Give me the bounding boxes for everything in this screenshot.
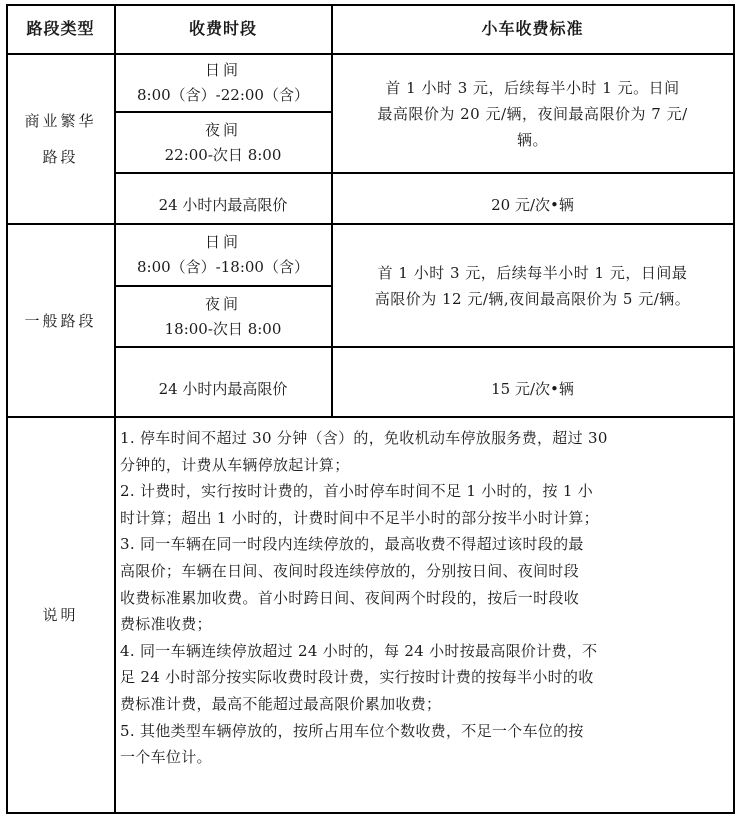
notes-line: 费标准计费，最高不能超过最高限价累加收费； [120, 691, 728, 718]
notes-line: 时计算；超出 1 小时的，计费时间中不足半小时的部分按半小时计算； [120, 505, 728, 532]
header-car-standard-label: 小车收费标准 [481, 16, 583, 42]
section2-standard-line2: 高限价为 12 元/辆,夜间最高限价为 5 元/辆。 [375, 286, 691, 312]
section2-standard: 首 1 小时 3 元，后续每半小时 1 元，日间最 高限价为 12 元/辆,夜间… [332, 225, 733, 346]
notes-line: 收费标准累加收费。首小时跨日间、夜间两个时段的，按后一时段收 [120, 585, 728, 612]
notes-line: 3. 同一车辆在同一时段内连续停放的，最高收费不得超过该时段的最 [120, 531, 728, 558]
section1-night-label: 夜间 [205, 118, 241, 143]
notes-line: 高限价；车辆在日间、夜间时段连续停放的，分别按日间、夜间时段 [120, 558, 728, 585]
section1-night-time: 22:00-次日 8:00 [165, 143, 282, 168]
section1-standard-line3: 辆。 [517, 127, 548, 153]
notes-line: 分钟的，计费从车辆停放起计算； [120, 452, 728, 479]
section2-night-time: 18:00-次日 8:00 [165, 317, 282, 342]
header-charge-period: 收费时段 [115, 5, 331, 53]
notes-line: 费标准收费； [120, 611, 728, 638]
section2-cap-label: 24 小时内最高限价 [115, 348, 331, 416]
notes-line: 一个车位计。 [120, 744, 728, 771]
table-border-right [733, 4, 735, 814]
notes-line: 4. 同一车辆连续停放超过 24 小时的，每 24 小时按最高限价计费，不 [120, 638, 728, 665]
section2-standard-line1: 首 1 小时 3 元，后续每半小时 1 元，日间最 [378, 260, 688, 286]
section1-standard-line1: 首 1 小时 3 元，后续每半小时 1 元。日间 [385, 75, 679, 101]
section1-standard-line2: 最高限价为 20 元/辆，夜间最高限价为 7 元/ [377, 101, 687, 127]
section2-day-period: 日间 8:00（含）-18:00（含） [115, 225, 331, 285]
section2-night-period: 夜间 18:00-次日 8:00 [115, 287, 331, 346]
section1-day-period: 日间 8:00（含）-22:00（含） [115, 55, 331, 111]
section1-cap-label: 24 小时内最高限价 [115, 174, 331, 223]
section2-cap-label-text: 24 小时内最高限价 [159, 376, 288, 402]
section1-cap-value: 20 元/次•辆 [332, 174, 733, 223]
section2-road-type-line1: 一般路段 [24, 308, 96, 334]
section1-night-period: 夜间 22:00-次日 8:00 [115, 113, 331, 172]
section2-night-label: 夜间 [205, 292, 241, 317]
section2-cap-value-text: 15 元/次•辆 [491, 376, 574, 402]
notes-label-cell: 说明 [7, 418, 114, 812]
section1-road-type: 商业繁华 路段 [7, 55, 114, 223]
section2-road-type: 一般路段 [7, 225, 114, 416]
section1-standard: 首 1 小时 3 元，后续每半小时 1 元。日间 最高限价为 20 元/辆，夜间… [332, 55, 733, 172]
notes-line: 足 24 小时部分按实际收费时段计费，实行按时计费的按每半小时的收 [120, 664, 728, 691]
notes-line: 2. 计费时，实行按时计费的，首小时停车时间不足 1 小时的，按 1 小 [120, 478, 728, 505]
notes-label: 说明 [42, 602, 78, 628]
notes-content: 1. 停车时间不超过 30 分钟（含）的，免收机动车停放服务费，超过 30 分钟… [120, 425, 728, 771]
section2-day-label: 日间 [205, 230, 241, 255]
notes-line: 5. 其他类型车辆停放的，按所占用车位个数收费，不足一个车位的按 [120, 718, 728, 745]
section1-cap-label-text: 24 小时内最高限价 [159, 192, 288, 218]
notes-line: 1. 停车时间不超过 30 分钟（含）的，免收机动车停放服务费，超过 30 [120, 425, 728, 452]
section2-day-time: 8:00（含）-18:00（含） [137, 255, 309, 280]
header-charge-period-label: 收费时段 [189, 16, 257, 42]
header-car-standard: 小车收费标准 [332, 5, 733, 53]
section1-day-time: 8:00（含）-22:00（含） [137, 83, 309, 108]
section1-cap-value-text: 20 元/次•辆 [491, 192, 574, 218]
parking-fee-table: 路段类型 收费时段 小车收费标准 商业繁华 路段 日间 8:00（含）-22:0… [0, 0, 740, 817]
header-road-type-label: 路段类型 [26, 16, 94, 42]
section1-day-label: 日间 [205, 58, 241, 83]
header-road-type: 路段类型 [7, 5, 114, 53]
section2-cap-value: 15 元/次•辆 [332, 348, 733, 416]
section1-road-type-line2: 路段 [42, 139, 78, 175]
section1-road-type-line1: 商业繁华 [24, 103, 96, 139]
